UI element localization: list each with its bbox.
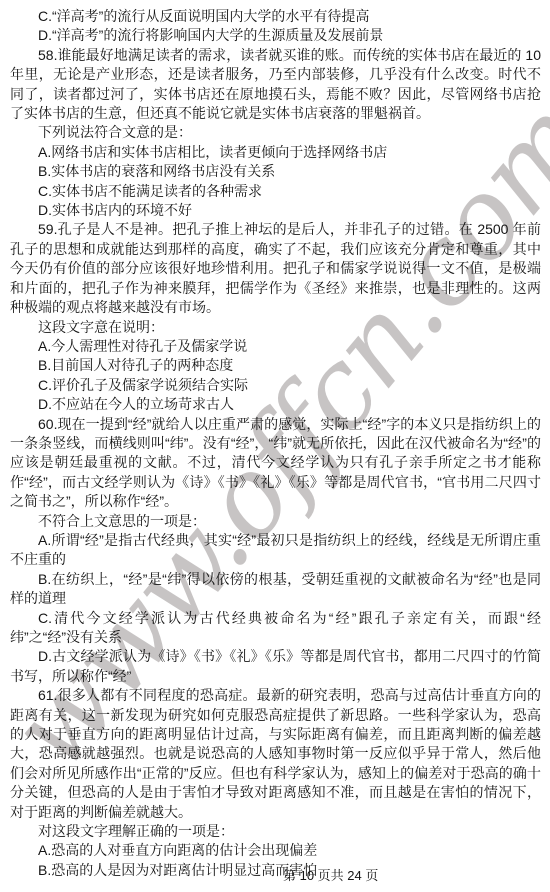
option-line-61-b: B.恐高的人是因为对距离估计明显过高而害怕 [10, 861, 541, 880]
option-line-59-c: C.评价孔子及儒家学说须结合实际 [10, 376, 541, 395]
option-line-60-b: B.在纺织上，“经”是“纬”得以依傍的根基，受朝廷重视的文献被命名为“经”也是同… [10, 570, 541, 609]
option-line-60-a: A.所谓“经”是指古代经典，其实“经”最初只是指纺织上的经线，经线是无所谓庄重不… [10, 531, 541, 570]
option-line-58-a: A.网络书店和实体书店相比，读者更倾向于选择网络书店 [10, 143, 541, 162]
passage-59: 59.孔子是人不是神。把孔子推上神坛的是后人，并非孔子的过错。在 2500 年前… [10, 220, 541, 317]
option-line-59-a: A.今人需理性对待孔子及儒家学说 [10, 337, 541, 356]
option-line-58-b: B.实体书店的衰落和网络书店没有关系 [10, 162, 541, 181]
passage-61: 61.很多人都有不同程度的恐高症。最新的研究表明，恐高与过高估计垂直方向的距离有… [10, 686, 541, 822]
passage-58: 58.谁能最好地满足读者的需求，读者就买谁的账。而传统的实体书店在最近的 10 … [10, 46, 541, 124]
question-stem-60: 不符合上文意思的一项是： [10, 512, 541, 531]
option-line-59-d: D.不应站在今人的立场苛求古人 [10, 395, 541, 414]
page-footer: 第 10 页共 24 页 [283, 868, 378, 884]
option-line-61-a: A.恐高的人对垂直方向距离的估计会出现偏差 [10, 841, 541, 860]
option-line-60-d: D.古文经学派认为《诗》《书》《礼》《乐》等都是周代官书，都用二尺四寸的竹简书写… [10, 647, 541, 686]
document-content: C.“洋高考”的流行从反面说明国内大学的水平有待提高 D.“洋高考”的流行将影响… [10, 7, 541, 880]
option-line-57-d: D.“洋高考”的流行将影响国内大学的生源质量及发展前景 [10, 26, 541, 45]
question-stem-58: 下列说法符合文意的是： [10, 123, 541, 142]
option-line-57-c: C.“洋高考”的流行从反面说明国内大学的水平有待提高 [10, 7, 541, 26]
passage-60: 60.现在一提到“经”就给人以庄重严肃的感觉，实际上“经”字的本义只是指纺织上的… [10, 415, 541, 512]
option-line-58-d: D.实体书店内的环境不好 [10, 201, 541, 220]
option-line-59-b: B.目前国人对待孔子的两种态度 [10, 356, 541, 375]
option-line-58-c: C.实体书店不能满足读者的各种需求 [10, 182, 541, 201]
option-line-60-c: C.清代今文经学派认为古代经典被命名为“经”跟孔子亲定有关，而跟“经纬”之“经”… [10, 609, 541, 648]
question-stem-61: 对这段文字理解正确的一项是： [10, 822, 541, 841]
question-stem-59: 这段文字意在说明： [10, 318, 541, 337]
